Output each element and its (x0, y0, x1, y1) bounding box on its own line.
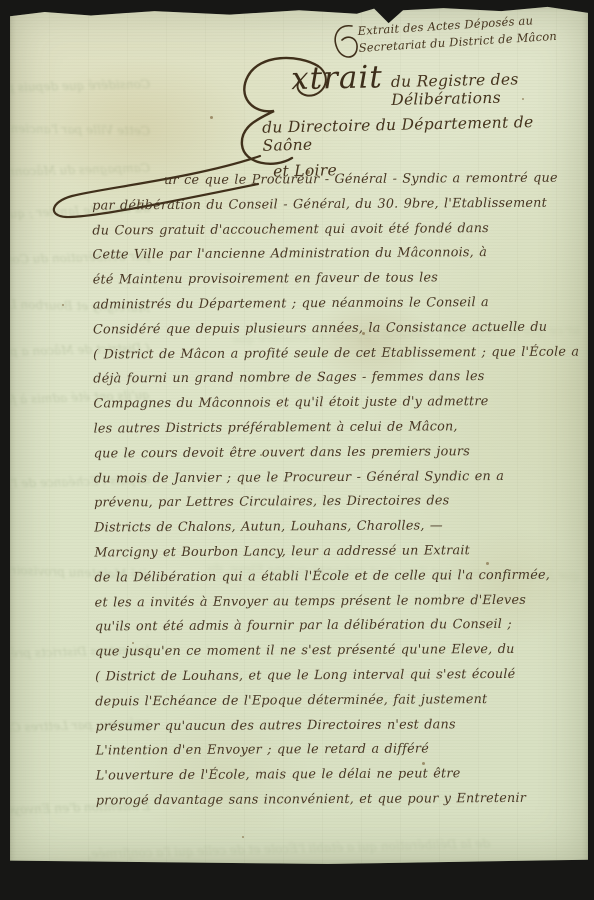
body-line: Cette Ville par l'ancienne Administratio… (92, 245, 578, 273)
body-line: Marcigny et Bourbon Lancy, leur a addres… (94, 542, 580, 570)
title-line-1-rest: du Registre des Délibérations (391, 69, 588, 109)
body-line: les autres Districts préférablement à ce… (94, 418, 580, 446)
body-line: du mois de Janvier ; que le Procureur - … (94, 468, 580, 496)
title-line-1: xtrait du Registre des Délibérations (291, 55, 588, 111)
bleedthrough-line: de la Délibération qui a établi l'École … (70, 837, 490, 862)
body-line: Districts de Chalons, Autun, Louhans, Ch… (94, 518, 580, 546)
bleedthrough-line: Cette Ville par l'ancienne Administratio… (0, 120, 150, 138)
deposit-note: Extrait des Actes Déposés au Secretariat… (357, 9, 587, 57)
body-line: que jusqu'en ce moment il ne s'est prése… (95, 642, 581, 670)
title-line-2: du Directoire du Département de Saône (262, 112, 589, 155)
paper: Considéré que depuis plusieurs années, l… (10, 6, 588, 864)
document-title: xtrait du Registre des Délibérations du … (291, 55, 589, 180)
body-line: et les a invités à Envoyer au temps prés… (95, 592, 581, 620)
body-line: depuis l'Echéance de l'Epoque déterminée… (95, 691, 581, 719)
speck (242, 836, 244, 838)
body-line: de la Délibération qui a établi l'École … (94, 567, 580, 595)
manuscript-scan: { "page": { "paper_color": "#dde4c7", "i… (0, 0, 594, 900)
body-line: L'ouverture de l'École, mais que le déla… (96, 766, 582, 794)
body-line: que le cours devoit être ouvert dans les… (94, 443, 580, 471)
body-line: prévenu, par Lettres Circulaires, les Di… (94, 493, 580, 521)
speck (62, 304, 64, 306)
body-line: ( District de Mâcon a profité seule de c… (93, 344, 579, 372)
body-line: prorogé davantage sans inconvénient, et … (96, 790, 582, 818)
bleedthrough-line: Considéré que depuis plusieurs années, l… (0, 77, 150, 97)
body-line: qu'ils ont été admis à fournir par la dé… (95, 617, 581, 645)
body-text: ur ce que le Procureur - Général - Syndi… (92, 171, 582, 819)
body-line: Campagnes du Mâconnois et qu'il étoit ju… (93, 394, 579, 422)
body-line: déjà fourni un grand nombre de Sages - f… (93, 369, 579, 397)
title-big-word: xtrait (291, 59, 383, 97)
body-line: Considéré que depuis plusieurs années, l… (93, 319, 579, 347)
body-line: du Cours gratuit d'accouchement qui avoi… (92, 220, 578, 248)
body-line: été Maintenu provisoirement en faveur de… (93, 270, 579, 298)
body-line: par délibération du Conseil - Général, d… (92, 195, 578, 223)
body-line: L'intention d'en Envoyer ; que le retard… (96, 741, 582, 769)
body-line: administrés du Département ; que néanmoi… (93, 295, 579, 323)
body-line: ur ce que le Procureur - Général - Syndi… (92, 171, 578, 199)
body-line: ( District de Louhans, et que le Long in… (95, 666, 581, 694)
body-line: présumer qu'aucun des autres Directoires… (95, 716, 581, 744)
speck (210, 116, 213, 119)
